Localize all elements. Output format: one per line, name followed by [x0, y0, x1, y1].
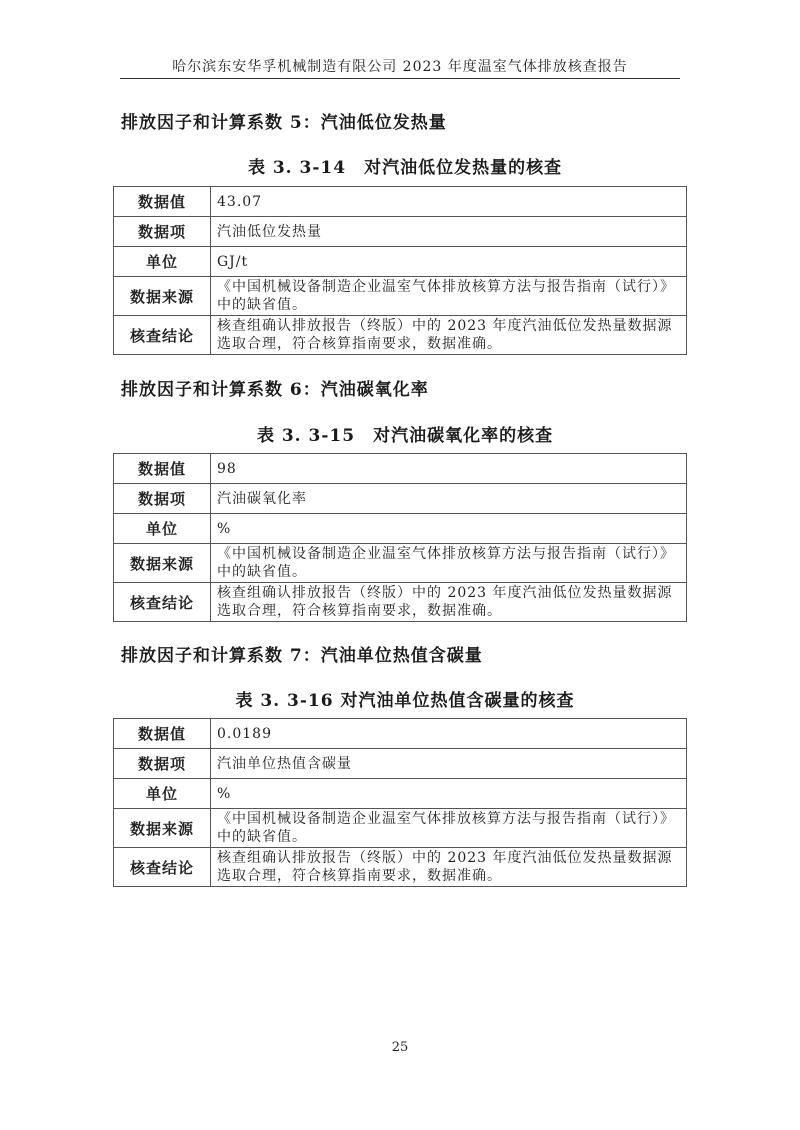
- table-row: 数据来源《中国机械设备制造企业温室气体排放核算方法与报告指南（试行）》中的缺省值…: [114, 544, 687, 583]
- row-label: 数据项: [114, 749, 211, 779]
- row-label: 数据值: [114, 719, 211, 749]
- table-3-3-15: 数据值98 数据项汽油碳氧化率 单位% 数据来源《中国机械设备制造企业温室气体排…: [113, 453, 687, 622]
- table-row: 单位GJ/t: [114, 247, 687, 277]
- row-value: 《中国机械设备制造企业温室气体排放核算方法与报告指南（试行）》中的缺省值。: [211, 809, 687, 848]
- section-heading-factor-6: 排放因子和计算系数 6：汽油碳氧化率: [121, 375, 429, 400]
- row-label: 数据值: [114, 454, 211, 484]
- row-label: 数据项: [114, 217, 211, 247]
- table-row: 数据项汽油单位热值含碳量: [114, 749, 687, 779]
- table-row: 单位%: [114, 779, 687, 809]
- row-value: 汽油单位热值含碳量: [211, 749, 687, 779]
- row-label: 单位: [114, 779, 211, 809]
- row-value: 43.07: [211, 187, 687, 217]
- table-row: 数据来源《中国机械设备制造企业温室气体排放核算方法与报告指南（试行）》中的缺省值…: [114, 809, 687, 848]
- row-value: 汽油碳氧化率: [211, 484, 687, 514]
- table-row: 数据来源《中国机械设备制造企业温室气体排放核算方法与报告指南（试行）》中的缺省值…: [114, 277, 687, 316]
- row-value: %: [211, 514, 687, 544]
- table-row: 数据值43.07: [114, 187, 687, 217]
- table-3-3-16: 数据值0.0189 数据项汽油单位热值含碳量 单位% 数据来源《中国机械设备制造…: [113, 718, 687, 887]
- row-value: 核查组确认排放报告（终版）中的 2023 年度汽油低位发热量数据源选取合理，符合…: [211, 316, 687, 355]
- row-label: 数据来源: [114, 809, 211, 848]
- page-number: 25: [370, 1040, 430, 1055]
- row-value: 核查组确认排放报告（终版）中的 2023 年度汽油低位发热量数据源选取合理，符合…: [211, 848, 687, 887]
- row-label: 核查结论: [114, 848, 211, 887]
- row-label: 单位: [114, 247, 211, 277]
- table-row: 核查结论核查组确认排放报告（终版）中的 2023 年度汽油低位发热量数据源选取合…: [114, 583, 687, 622]
- table-row: 数据项汽油碳氧化率: [114, 484, 687, 514]
- row-value: %: [211, 779, 687, 809]
- table-row: 数据值98: [114, 454, 687, 484]
- row-value: 《中国机械设备制造企业温室气体排放核算方法与报告指南（试行）》中的缺省值。: [211, 544, 687, 583]
- table-caption-3-3-16: 表 3. 3-16 对汽油单位热值含碳量的核查: [120, 686, 690, 711]
- table-caption-3-3-15: 表 3. 3-15 对汽油碳氧化率的核查: [120, 421, 690, 446]
- row-label: 核查结论: [114, 316, 211, 355]
- table-row: 单位%: [114, 514, 687, 544]
- table-row: 核查结论核查组确认排放报告（终版）中的 2023 年度汽油低位发热量数据源选取合…: [114, 316, 687, 355]
- row-label: 数据来源: [114, 544, 211, 583]
- table-row: 数据项汽油低位发热量: [114, 217, 687, 247]
- row-label: 核查结论: [114, 583, 211, 622]
- row-label: 单位: [114, 514, 211, 544]
- row-value: GJ/t: [211, 247, 687, 277]
- table-row: 数据值0.0189: [114, 719, 687, 749]
- section-heading-factor-5: 排放因子和计算系数 5：汽油低位发热量: [121, 108, 447, 133]
- row-value: 0.0189: [211, 719, 687, 749]
- row-label: 数据值: [114, 187, 211, 217]
- table-row: 核查结论核查组确认排放报告（终版）中的 2023 年度汽油低位发热量数据源选取合…: [114, 848, 687, 887]
- header-divider: [120, 78, 680, 79]
- row-value: 《中国机械设备制造企业温室气体排放核算方法与报告指南（试行）》中的缺省值。: [211, 277, 687, 316]
- report-title: 哈尔滨东安华孚机械制造有限公司 2023 年度温室气体排放核查报告: [120, 56, 680, 76]
- row-value: 核查组确认排放报告（终版）中的 2023 年度汽油低位发热量数据源选取合理，符合…: [211, 583, 687, 622]
- row-value: 汽油低位发热量: [211, 217, 687, 247]
- table-3-3-14: 数据值43.07 数据项汽油低位发热量 单位GJ/t 数据来源《中国机械设备制造…: [113, 186, 687, 355]
- section-heading-factor-7: 排放因子和计算系数 7：汽油单位热值含碳量: [121, 641, 483, 666]
- table-caption-3-3-14: 表 3. 3-14 对汽油低位发热量的核查: [120, 153, 690, 178]
- row-label: 数据项: [114, 484, 211, 514]
- row-value: 98: [211, 454, 687, 484]
- row-label: 数据来源: [114, 277, 211, 316]
